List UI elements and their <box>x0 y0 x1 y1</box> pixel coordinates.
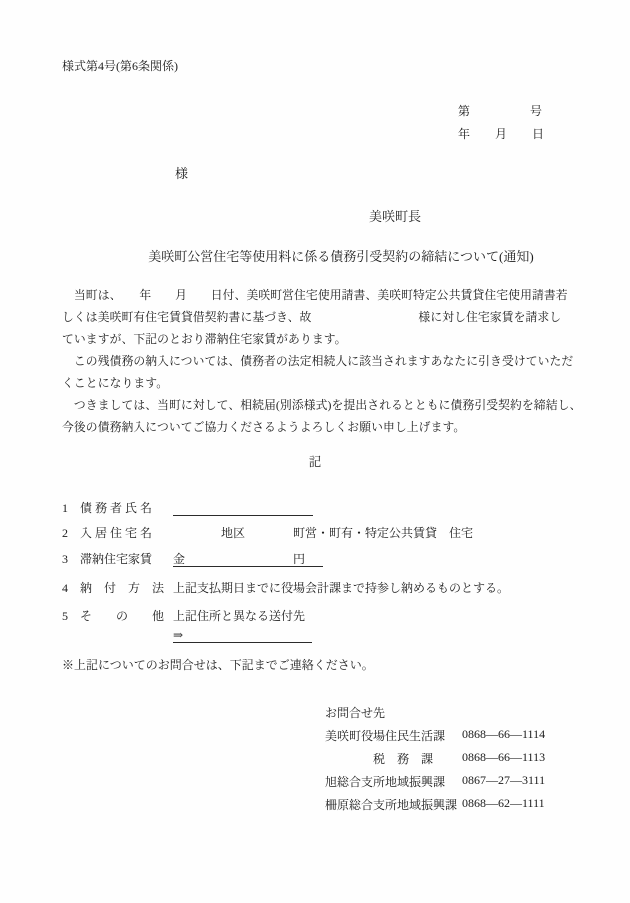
contact-row: 柵原総合支所地域振興課 0868—62—1111 <box>325 796 545 813</box>
item-number: 4 <box>62 580 80 596</box>
contact-phone: 0868—66—1113 <box>462 750 545 767</box>
document-title: 美咲町公営住宅等使用料に係る債務引受契約の締結について(通知) <box>0 246 630 265</box>
date-line: 年 月 日 <box>458 126 544 142</box>
body-paragraph-line: 当町は、 年 月 日付、美咲町営住宅使用請書、美咲町特定公共賃貸住宅使用請書若 <box>62 288 568 303</box>
contact-dept: 美咲町役場住民生活課 <box>325 727 462 744</box>
debtor-name-blank-underline <box>173 500 313 516</box>
doc-number-prefix: 第 <box>458 103 470 119</box>
note-line: ※上記についてのお問合せは、下記までご連絡ください。 <box>62 657 374 673</box>
contact-header: お問合せ先 <box>325 704 385 721</box>
day-label: 日 <box>532 126 544 142</box>
body-paragraph-line: ていますが、下記のとおり滞納住宅家賃があります。 <box>62 332 347 347</box>
list-item-other: 5そ の 他上記住所と異なる送付先 <box>62 608 305 624</box>
contact-row: 税 務 課 0868—66—1113 <box>325 750 545 767</box>
list-item-debtor-name: 1債 務 者 氏 名 <box>62 500 313 516</box>
recipient-honorific: 様 <box>175 165 188 182</box>
item-label: 納 付 方 法 <box>80 580 173 596</box>
month-label: 月 <box>495 126 507 142</box>
year-label: 年 <box>458 126 470 142</box>
item-number: 2 <box>62 525 80 541</box>
sender-title: 美咲町長 <box>369 208 421 225</box>
item-content: 上記支払期日までに役場会計課まで持参し納めるものとする。 <box>173 581 509 595</box>
forwarding-address-line: ⇒ <box>173 627 312 643</box>
list-item-arrears: 3滞納住宅家賃金 円 <box>62 551 323 567</box>
contact-phone: 0868—62—1111 <box>462 796 545 813</box>
contact-dept: 旭総合支所地域振興課 <box>325 773 462 790</box>
contact-dept: 柵原総合支所地域振興課 <box>325 796 462 813</box>
document-page: 様式第4号(第6条関係) 第 号 年 月 日 様 美咲町長 美咲町公営住宅等使用… <box>0 0 630 903</box>
body-paragraph-line: つきましては、当町に対して、相続届(別添様式)を提出されるとともに債務引受契約を… <box>62 398 581 413</box>
body-paragraph-line: この残債務の納入については、債務者の法定相続人に該当されますあなたに引き受けてい… <box>62 354 573 369</box>
item-label: 債 務 者 氏 名 <box>80 500 173 516</box>
doc-number-line: 第 号 <box>458 103 542 119</box>
form-number: 様式第4号(第6条関係) <box>62 58 178 74</box>
contact-dept: 税 務 課 <box>325 750 462 767</box>
arrears-amount-underline: 金 円 <box>173 551 323 567</box>
item-content: 上記住所と異なる送付先 <box>173 609 305 623</box>
contact-phone: 0867—27—3111 <box>462 773 545 790</box>
list-item-payment-method: 4納 付 方 法上記支払期日までに役場会計課まで持参し納めるものとする。 <box>62 580 509 596</box>
list-item-residence: 2入 居 住 宅 名 地区 町営・町有・特定公共賃貸 住宅 <box>62 525 473 541</box>
item-number: 1 <box>62 500 80 516</box>
contact-row: 旭総合支所地域振興課 0867—27—3111 <box>325 773 545 790</box>
item-label: 滞納住宅家賃 <box>80 551 173 567</box>
ki-heading: 記 <box>0 452 630 470</box>
contact-phone: 0868—66—1114 <box>462 727 545 744</box>
forwarding-address-underline: ⇒ <box>173 627 312 643</box>
item-label: そ の 他 <box>80 608 173 624</box>
item-number: 3 <box>62 551 80 567</box>
contact-row: 美咲町役場住民生活課 0868—66—1114 <box>325 727 545 744</box>
item-content: 地区 町営・町有・特定公共賃貸 住宅 <box>173 526 473 540</box>
body-paragraph-line: 今後の債務納入についてご協力くださるようよろしくお願い申し上げます。 <box>62 420 465 435</box>
item-number: 5 <box>62 608 80 624</box>
body-paragraph-line: しくは美咲町有住宅賃貸借契約書に基づき、故 様に対し住宅家賃を請求し <box>62 310 561 325</box>
doc-number-suffix: 号 <box>530 103 542 119</box>
item-label: 入 居 住 宅 名 <box>80 525 173 541</box>
body-paragraph-line: くことになります。 <box>62 376 168 391</box>
